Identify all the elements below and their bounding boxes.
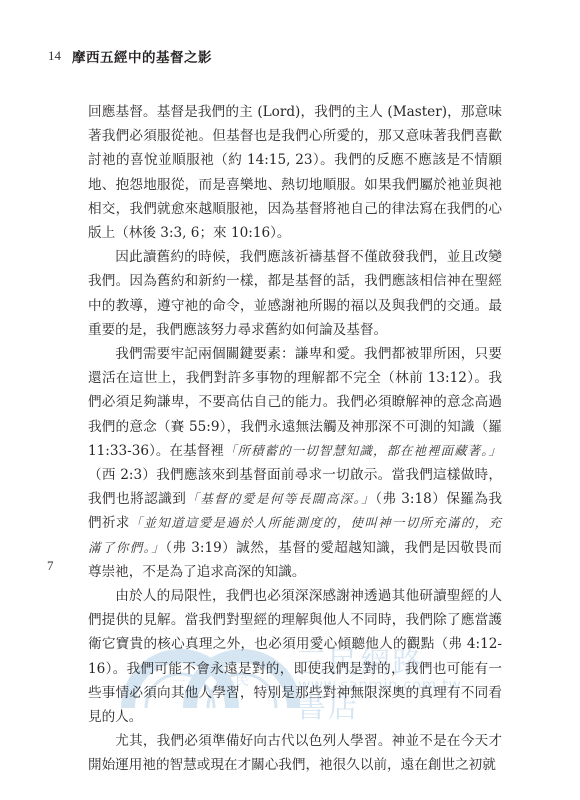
scripture-quote: 「所積蓄的一切智慧知識，都在祂裡面藏著。」	[224, 443, 502, 458]
running-header: 14 摩西五經中的基督之影	[48, 46, 212, 66]
paragraph-text: 由於人的局限性，我們也必須深深感謝神透過其他研讀聖經的人們提供的見解。當我們對聖…	[88, 588, 502, 725]
paragraph: 回應基督。基督是我們的主 (Lord)，我們的主人 (Master)，那意味著我…	[88, 100, 502, 245]
paragraph: 尤其，我們必須準備好向古代以色列人學習。神並不是在今天才開始運用祂的智慧或現在才…	[88, 729, 502, 777]
paragraph: 因此讀舊約的時候，我們應該祈禱基督不僅啟發我們，並且改變我們。因為舊約和新約一樣…	[88, 245, 502, 342]
paragraph-text: 因此讀舊約的時候，我們應該祈禱基督不僅啟發我們，並且改變我們。因為舊約和新約一樣…	[88, 249, 502, 338]
paragraph: 由於人的局限性，我們也必須深深感謝神透過其他研讀聖經的人們提供的見解。當我們對聖…	[88, 584, 502, 729]
body-text: 回應基督。基督是我們的主 (Lord)，我們的主人 (Master)，那意味著我…	[88, 100, 502, 778]
paragraph: 我們需要牢記兩個關鍵要素：謙卑和愛。我們都被罪所困，只要還活在這世上，我們對許多…	[88, 342, 502, 584]
margin-note-number: 7	[47, 558, 54, 574]
paragraph-text: 回應基督。基督是我們的主 (Lord)，我們的主人 (Master)，那意味著我…	[88, 104, 502, 241]
paragraph-text: 尤其，我們必須準備好向古代以色列人學習。神並不是在今天才開始運用祂的智慧或現在才…	[88, 733, 502, 773]
page-number: 14	[48, 48, 70, 64]
scripture-quote: 「基督的愛是何等長闊高深。」	[186, 491, 375, 506]
book-title: 摩西五經中的基督之影	[72, 46, 212, 66]
